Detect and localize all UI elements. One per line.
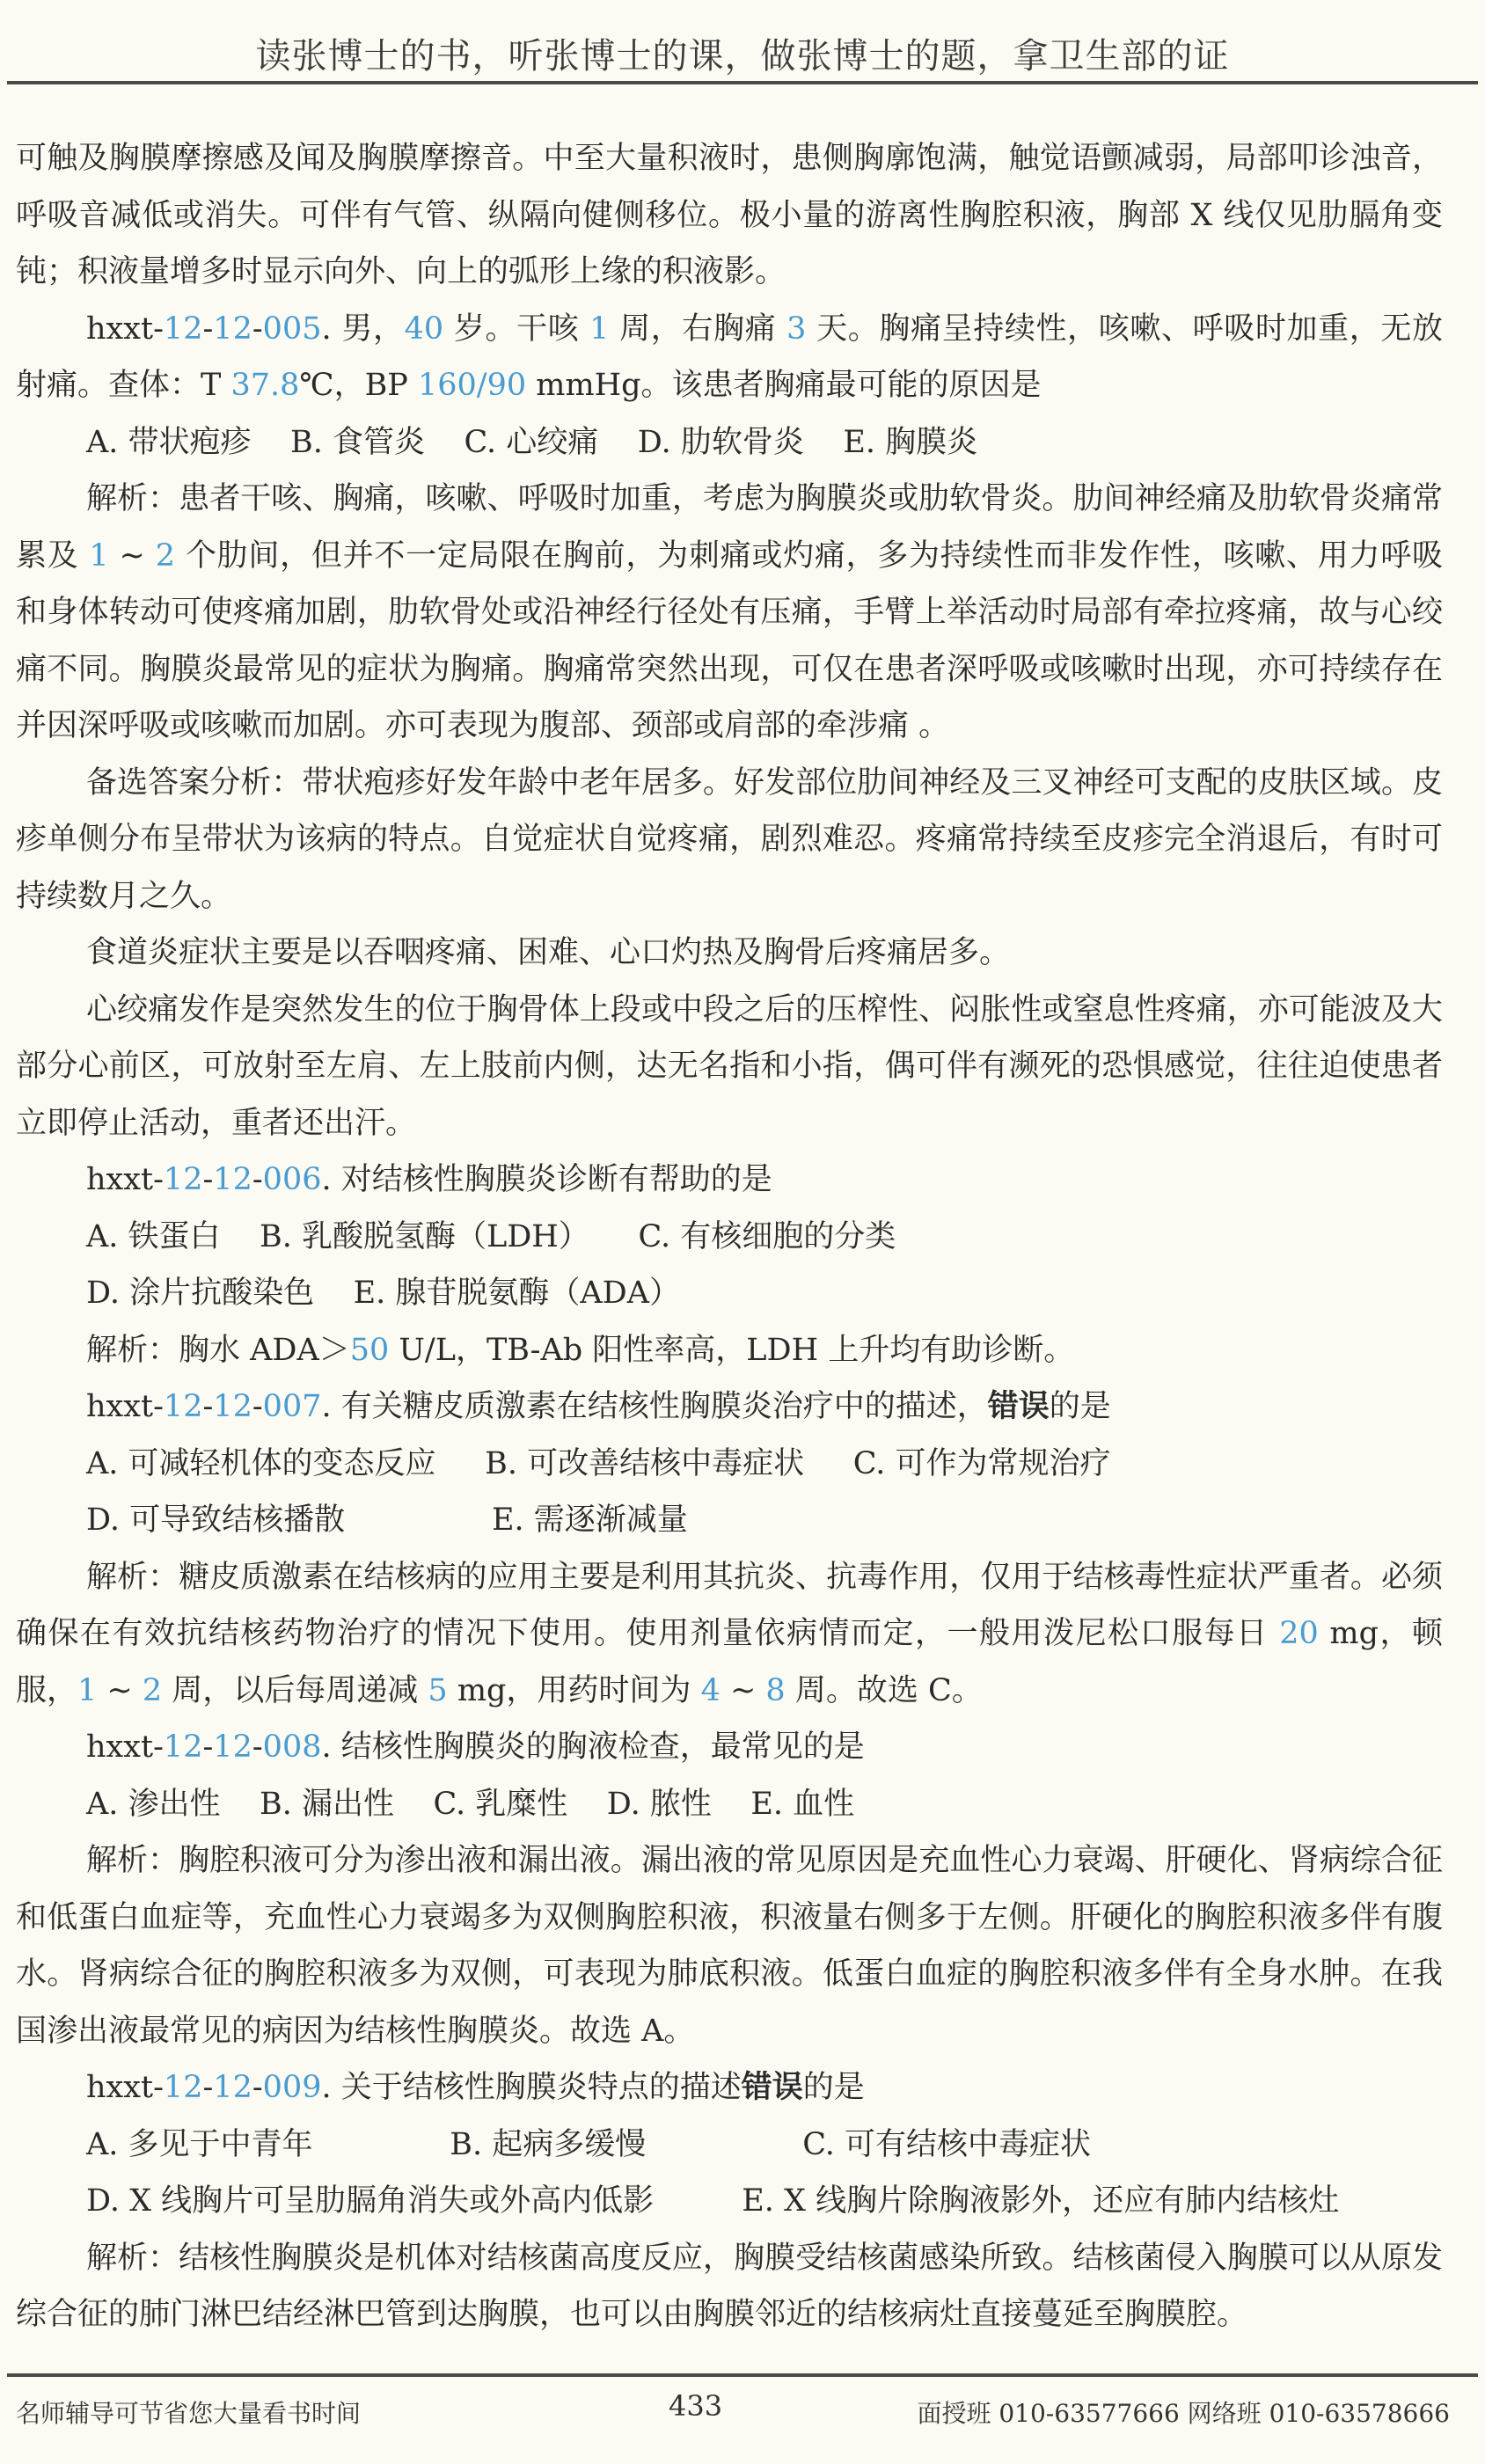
- highlighted-number: 50: [350, 1333, 390, 1368]
- highlighted-number: 4: [701, 1673, 721, 1708]
- text-run: -: [202, 1162, 213, 1197]
- text-run: D. 涂片抗酸染色 E. 腺苷脱氨酶（ADA）: [86, 1276, 680, 1311]
- text-run: 解析：胸腔积液可分为渗出液和漏出液。漏出液的常见原因是充血性心力衰竭、肝硬化、肾…: [16, 1843, 1443, 2049]
- page-body: 可触及胸膜摩擦感及闻及胸膜摩擦音。中至大量积液时，患侧胸廓饱满，触觉语颤减弱，局…: [16, 130, 1443, 2343]
- text-run: . 有关糖皮质激素在结核性胸膜炎治疗中的描述，: [321, 1389, 987, 1424]
- text-run: mg，用药时间为: [448, 1673, 701, 1708]
- text-run: hxxt-: [86, 1162, 164, 1197]
- highlighted-number: 12: [164, 1389, 203, 1424]
- text-run: A. 渗出性 B. 漏出性 C. 乳糜性 D. 脓性 E. 血性: [86, 1787, 854, 1822]
- text-run: . 对结核性胸膜炎诊断有帮助的是: [321, 1162, 772, 1197]
- paragraph: hxxt-12-12-009. 关于结核性胸膜炎特点的描述错误的是: [16, 2059, 1443, 2117]
- text-run: D. 可导致结核播散 E. 需逐渐减量: [86, 1503, 688, 1538]
- text-run: A. 多见于中青年 B. 起病多缓慢 C. 可有结核中毒症状: [86, 2127, 1091, 2162]
- text-run: hxxt-: [86, 1389, 164, 1424]
- text-run: U/L，TB-Ab 阳性率高，LDH 上升均有助诊断。: [389, 1333, 1074, 1368]
- paragraph: 解析：胸水 ADA＞50 U/L，TB-Ab 阳性率高，LDH 上升均有助诊断。: [16, 1322, 1443, 1379]
- highlighted-number: 12: [164, 2070, 203, 2105]
- page-footer: 名师辅导可节省您大量看书时间 433 面授班 010-63577666 网络班 …: [0, 2366, 1485, 2464]
- highlighted-number: 008: [263, 1729, 322, 1765]
- highlighted-number: 12: [164, 311, 203, 347]
- highlighted-number: 12: [213, 1162, 252, 1197]
- text-run: -: [202, 311, 213, 347]
- text-run: D. X 线胸片可呈肋膈角消失或外高内低影 E. X 线胸片除胸液影外，还应有肺…: [86, 2183, 1339, 2219]
- text-run: 备选答案分析：带状疱疹好发年龄中老年居多。好发部位肋间神经及三叉神经可支配的皮肤…: [16, 765, 1443, 914]
- text-run: -: [252, 1162, 263, 1197]
- highlighted-number: 12: [213, 1729, 252, 1765]
- text-run: ~: [97, 1673, 143, 1708]
- highlighted-number: 12: [213, 1389, 252, 1424]
- highlighted-number: 8: [765, 1673, 785, 1708]
- highlighted-number: 3: [786, 311, 806, 347]
- footer-slogan: 名师辅导可节省您大量看书时间: [16, 2395, 361, 2430]
- text-run: . 男，: [321, 311, 404, 347]
- highlighted-number: 006: [263, 1162, 322, 1197]
- text-run: 食道炎症状主要是以吞咽疼痛、困难、心口灼热及胸骨后疼痛居多。: [86, 935, 1010, 970]
- text-run: 心绞痛发作是突然发生的位于胸骨体上段或中段之后的压榨性、闷胀性或窒息性疼痛，亦可…: [16, 992, 1443, 1141]
- text-run: 周，右胸痛: [609, 311, 786, 347]
- footer-divider: [7, 2373, 1478, 2377]
- text-run: -: [202, 1729, 213, 1765]
- paragraph: 解析：结核性胸膜炎是机体对结核菌高度反应，胸膜受结核菌感染所致。结核菌侵入胸膜可…: [16, 2230, 1443, 2343]
- text-run: -: [202, 1389, 213, 1424]
- text-run: 可触及胸膜摩擦感及闻及胸膜摩擦音。中至大量积液时，患侧胸廓饱满，触觉语颤减弱，局…: [16, 141, 1443, 289]
- answer-options: A. 多见于中青年 B. 起病多缓慢 C. 可有结核中毒症状: [16, 2117, 1443, 2174]
- highlighted-number: 009: [263, 2070, 322, 2105]
- highlighted-number: 007: [263, 1389, 322, 1424]
- highlighted-number: 20: [1279, 1616, 1319, 1651]
- paragraph: 解析：糖皮质激素在结核病的应用主要是利用其抗炎、抗毒作用，仅用于结核毒性症状严重…: [16, 1549, 1443, 1720]
- header-title: 读张博士的书，听张博士的课，做张博士的题，拿卫生部的证: [0, 28, 1485, 78]
- text-run: 周，以后每周递减: [162, 1673, 428, 1708]
- text-run: -: [252, 2070, 263, 2105]
- text-run: ~: [721, 1673, 766, 1708]
- paragraph: hxxt-12-12-007. 有关糖皮质激素在结核性胸膜炎治疗中的描述，错误的…: [16, 1378, 1443, 1436]
- highlighted-number: 1: [77, 1673, 97, 1708]
- highlighted-number: 12: [213, 2070, 252, 2105]
- text-run: . 结核性胸膜炎的胸液检查，最常见的是: [321, 1729, 864, 1765]
- paragraph: hxxt-12-12-006. 对结核性胸膜炎诊断有帮助的是: [16, 1152, 1443, 1209]
- text-run: 解析：糖皮质激素在结核病的应用主要是利用其抗炎、抗毒作用，仅用于结核毒性症状严重…: [16, 1560, 1443, 1652]
- text-run: 岁。干咳: [443, 311, 589, 347]
- text-run: -: [202, 2070, 213, 2105]
- emphasis-text: 错误: [742, 2069, 803, 2105]
- highlighted-number: 37.8: [230, 368, 299, 403]
- highlighted-number: 1: [89, 538, 108, 574]
- highlighted-number: 12: [164, 1162, 203, 1197]
- answer-options: A. 渗出性 B. 漏出性 C. 乳糜性 D. 脓性 E. 血性: [16, 1776, 1443, 1833]
- highlighted-number: 2: [156, 538, 175, 574]
- text-run: 的是: [1050, 1389, 1111, 1424]
- highlighted-number: 005: [263, 311, 322, 347]
- text-run: mmHg。该患者胸痛最可能的原因是: [526, 368, 1041, 403]
- highlighted-number: 12: [213, 311, 252, 347]
- highlighted-number: 2: [143, 1673, 162, 1708]
- text-run: -: [252, 311, 263, 347]
- paragraph: hxxt-12-12-005. 男，40 岁。干咳 1 周，右胸痛 3 天。胸痛…: [16, 301, 1443, 414]
- page-header: 读张博士的书，听张博士的课，做张博士的题，拿卫生部的证: [0, 0, 1485, 88]
- emphasis-text: 错误: [988, 1388, 1050, 1424]
- highlighted-number: 40: [405, 311, 444, 347]
- paragraph: 解析：胸腔积液可分为渗出液和漏出液。漏出液的常见原因是充血性心力衰竭、肝硬化、肾…: [16, 1832, 1443, 2059]
- highlighted-number: 5: [428, 1673, 447, 1708]
- text-run: hxxt-: [86, 1729, 164, 1765]
- paragraph: 备选答案分析：带状疱疹好发年龄中老年居多。好发部位肋间神经及三叉神经可支配的皮肤…: [16, 755, 1443, 925]
- answer-options: A. 铁蛋白 B. 乳酸脱氢酶（LDH） C. 有核细胞的分类: [16, 1209, 1443, 1266]
- text-run: A. 可减轻机体的变态反应 B. 可改善结核中毒症状 C. 可作为常规治疗: [86, 1446, 1111, 1481]
- text-run: hxxt-: [86, 2070, 164, 2105]
- highlighted-number: 1: [589, 311, 609, 347]
- text-run: A. 带状疱疹 B. 食管炎 C. 心绞痛 D. 肋软骨炎 E. 胸膜炎: [86, 425, 977, 460]
- header-divider: [7, 81, 1478, 84]
- answer-options: D. 可导致结核播散 E. 需逐渐减量: [16, 1492, 1443, 1549]
- highlighted-number: 12: [164, 1729, 203, 1765]
- highlighted-number: 160/90: [418, 368, 526, 403]
- paragraph: 食道炎症状主要是以吞咽疼痛、困难、心口灼热及胸骨后疼痛居多。: [16, 925, 1443, 982]
- paragraph: 可触及胸膜摩擦感及闻及胸膜摩擦音。中至大量积液时，患侧胸廓饱满，触觉语颤减弱，局…: [16, 130, 1443, 301]
- paragraph: 心绞痛发作是突然发生的位于胸骨体上段或中段之后的压榨性、闷胀性或窒息性疼痛，亦可…: [16, 982, 1443, 1152]
- answer-options: A. 可减轻机体的变态反应 B. 可改善结核中毒症状 C. 可作为常规治疗: [16, 1436, 1443, 1493]
- paragraph: 解析：患者干咳、胸痛，咳嗽、呼吸时加重，考虑为胸膜炎或肋软骨炎。肋间神经痛及肋软…: [16, 471, 1443, 755]
- text-run: ℃，BP: [299, 368, 418, 403]
- answer-options: A. 带状疱疹 B. 食管炎 C. 心绞痛 D. 肋软骨炎 E. 胸膜炎: [16, 414, 1443, 472]
- text-run: hxxt-: [86, 311, 164, 347]
- text-run: 解析：结核性胸膜炎是机体对结核菌高度反应，胸膜受结核菌感染所致。结核菌侵入胸膜可…: [16, 2241, 1443, 2333]
- page-number: 433: [669, 2389, 722, 2423]
- text-run: -: [252, 1729, 263, 1765]
- answer-options: D. X 线胸片可呈肋膈角消失或外高内低影 E. X 线胸片除胸液影外，还应有肺…: [16, 2173, 1443, 2230]
- text-run: 周。故选 C。: [786, 1673, 983, 1708]
- text-run: 解析：胸水 ADA＞: [86, 1333, 350, 1368]
- text-run: ~: [109, 538, 156, 574]
- text-run: 个肋间，但并不一定局限在胸前，为刺痛或灼痛，多为持续性而非发作性，咳嗽、用力呼吸…: [16, 538, 1443, 744]
- paragraph: hxxt-12-12-008. 结核性胸膜炎的胸液检查，最常见的是: [16, 1719, 1443, 1776]
- text-run: -: [252, 1389, 263, 1424]
- footer-contact: 面授班 010-63577666 网络班 010-63578666: [917, 2395, 1450, 2430]
- text-run: 的是: [803, 2070, 865, 2105]
- text-run: A. 铁蛋白 B. 乳酸脱氢酶（LDH） C. 有核细胞的分类: [86, 1219, 896, 1254]
- answer-options: D. 涂片抗酸染色 E. 腺苷脱氨酶（ADA）: [16, 1265, 1443, 1322]
- text-run: . 关于结核性胸膜炎特点的描述: [321, 2070, 741, 2105]
